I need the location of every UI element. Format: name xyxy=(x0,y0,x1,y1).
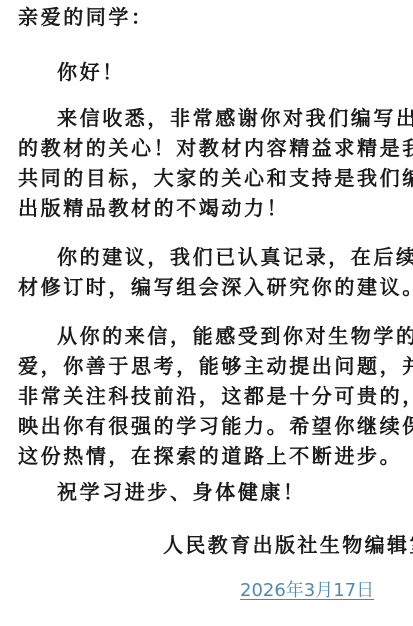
paragraph-line: 材修订时，编写组会深入研究你的建议。 xyxy=(18,272,413,302)
paragraph-line: 这份热情，在探索的道路上不断进步。 xyxy=(18,441,402,471)
paragraph-line: 映出你有很强的学习能力。希望你继续保持 xyxy=(18,411,413,441)
paragraph-line: 共同的目标，大家的关心和支持是我们编写 xyxy=(18,163,413,193)
salutation: 亲爱的同学： xyxy=(18,2,154,32)
paragraph-line: 的教材的关心！对教材内容精益求精是我们 xyxy=(18,133,413,163)
paragraph-line: 你的建议，我们已认真记录，在后续教 xyxy=(57,242,413,272)
date-link[interactable]: 2026年3月17日 xyxy=(240,578,374,604)
paragraph-line: 爱，你善于思考，能够主动提出问题，并且 xyxy=(18,351,413,381)
greeting: 你好！ xyxy=(57,57,125,87)
paragraph-line: 非常关注科技前沿，这都是十分可贵的，反 xyxy=(18,381,413,411)
paragraph-line: 从你的来信，能感受到你对生物学的热 xyxy=(57,321,413,351)
paragraph-line: 来信收悉，非常感谢你对我们编写出版 xyxy=(57,103,413,133)
signature: 人民教育出版社生物编辑室 xyxy=(163,530,413,560)
closing: 祝学习进步、身体健康！ xyxy=(57,477,306,507)
paragraph-line: 出版精品教材的不竭动力！ xyxy=(18,193,289,223)
